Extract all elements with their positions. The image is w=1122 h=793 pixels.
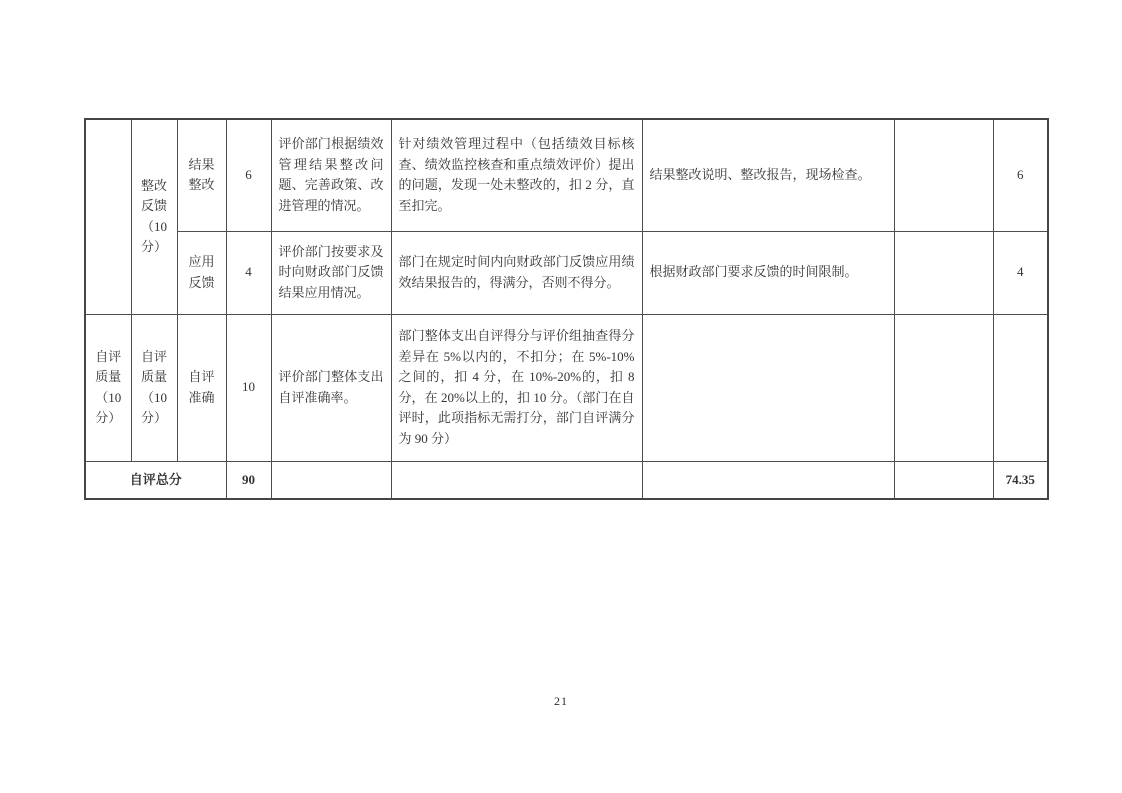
cell-total-weight: 90	[226, 461, 271, 499]
cell-eval-score	[894, 119, 993, 231]
cell-indicator-explanation: 评价部门根据绩效管理结果整改问题、完善政策、改进管理的情况。	[271, 119, 391, 231]
cell-level2-category: 整改反馈（10分）	[131, 119, 177, 314]
cell-scoring-criteria: 部门在规定时间内向财政部门反馈应用绩效结果报告的，得满分，否则不得分。	[391, 231, 642, 314]
cell-self-score: 6	[993, 119, 1048, 231]
cell-weight-score: 10	[226, 314, 271, 461]
document-page: 整改反馈（10分） 结果整改 6 评价部门根据绩效管理结果整改问题、完善政策、改…	[0, 0, 1122, 793]
cell-evidence-source	[642, 314, 894, 461]
cell-evidence-source: 结果整改说明、整改报告，现场检查。	[642, 119, 894, 231]
total-row: 自评总分 90 74.35	[85, 461, 1048, 499]
cell-weight-score: 6	[226, 119, 271, 231]
page-number: 21	[0, 694, 1122, 709]
cell-scoring-criteria	[391, 461, 642, 499]
cell-scoring-criteria: 部门整体支出自评得分与评价组抽查得分差异在 5%以内的，不扣分；在 5%-10%…	[391, 314, 642, 461]
cell-self-score	[993, 314, 1048, 461]
cell-indicator: 结果整改	[177, 119, 226, 231]
table-row: 应用反馈 4 评价部门按要求及时向财政部门反馈结果应用情况。 部门在规定时间内向…	[85, 231, 1048, 314]
cell-eval-score	[894, 314, 993, 461]
cell-evidence-source	[642, 461, 894, 499]
performance-score-table: 整改反馈（10分） 结果整改 6 评价部门根据绩效管理结果整改问题、完善政策、改…	[84, 118, 1049, 500]
cell-eval-score	[894, 461, 993, 499]
cell-level1-category	[85, 119, 131, 314]
cell-indicator-explanation	[271, 461, 391, 499]
cell-eval-score	[894, 231, 993, 314]
table-row: 自评质量（10分） 自评质量（10分） 自评准确 10 评价部门整体支出自评准确…	[85, 314, 1048, 461]
cell-self-score: 4	[993, 231, 1048, 314]
cell-level2-category: 自评质量（10分）	[131, 314, 177, 461]
cell-level1-category: 自评质量（10分）	[85, 314, 131, 461]
table-row: 整改反馈（10分） 结果整改 6 评价部门根据绩效管理结果整改问题、完善政策、改…	[85, 119, 1048, 231]
cell-scoring-criteria: 针对绩效管理过程中（包括绩效目标核查、绩效监控核查和重点绩效评价）提出的问题，发…	[391, 119, 642, 231]
cell-indicator: 应用反馈	[177, 231, 226, 314]
cell-indicator-explanation: 评价部门按要求及时向财政部门反馈结果应用情况。	[271, 231, 391, 314]
cell-evidence-source: 根据财政部门要求反馈的时间限制。	[642, 231, 894, 314]
cell-weight-score: 4	[226, 231, 271, 314]
cell-total-self-score: 74.35	[993, 461, 1048, 499]
cell-indicator: 自评准确	[177, 314, 226, 461]
cell-indicator-explanation: 评价部门整体支出自评准确率。	[271, 314, 391, 461]
cell-total-label: 自评总分	[85, 461, 226, 499]
